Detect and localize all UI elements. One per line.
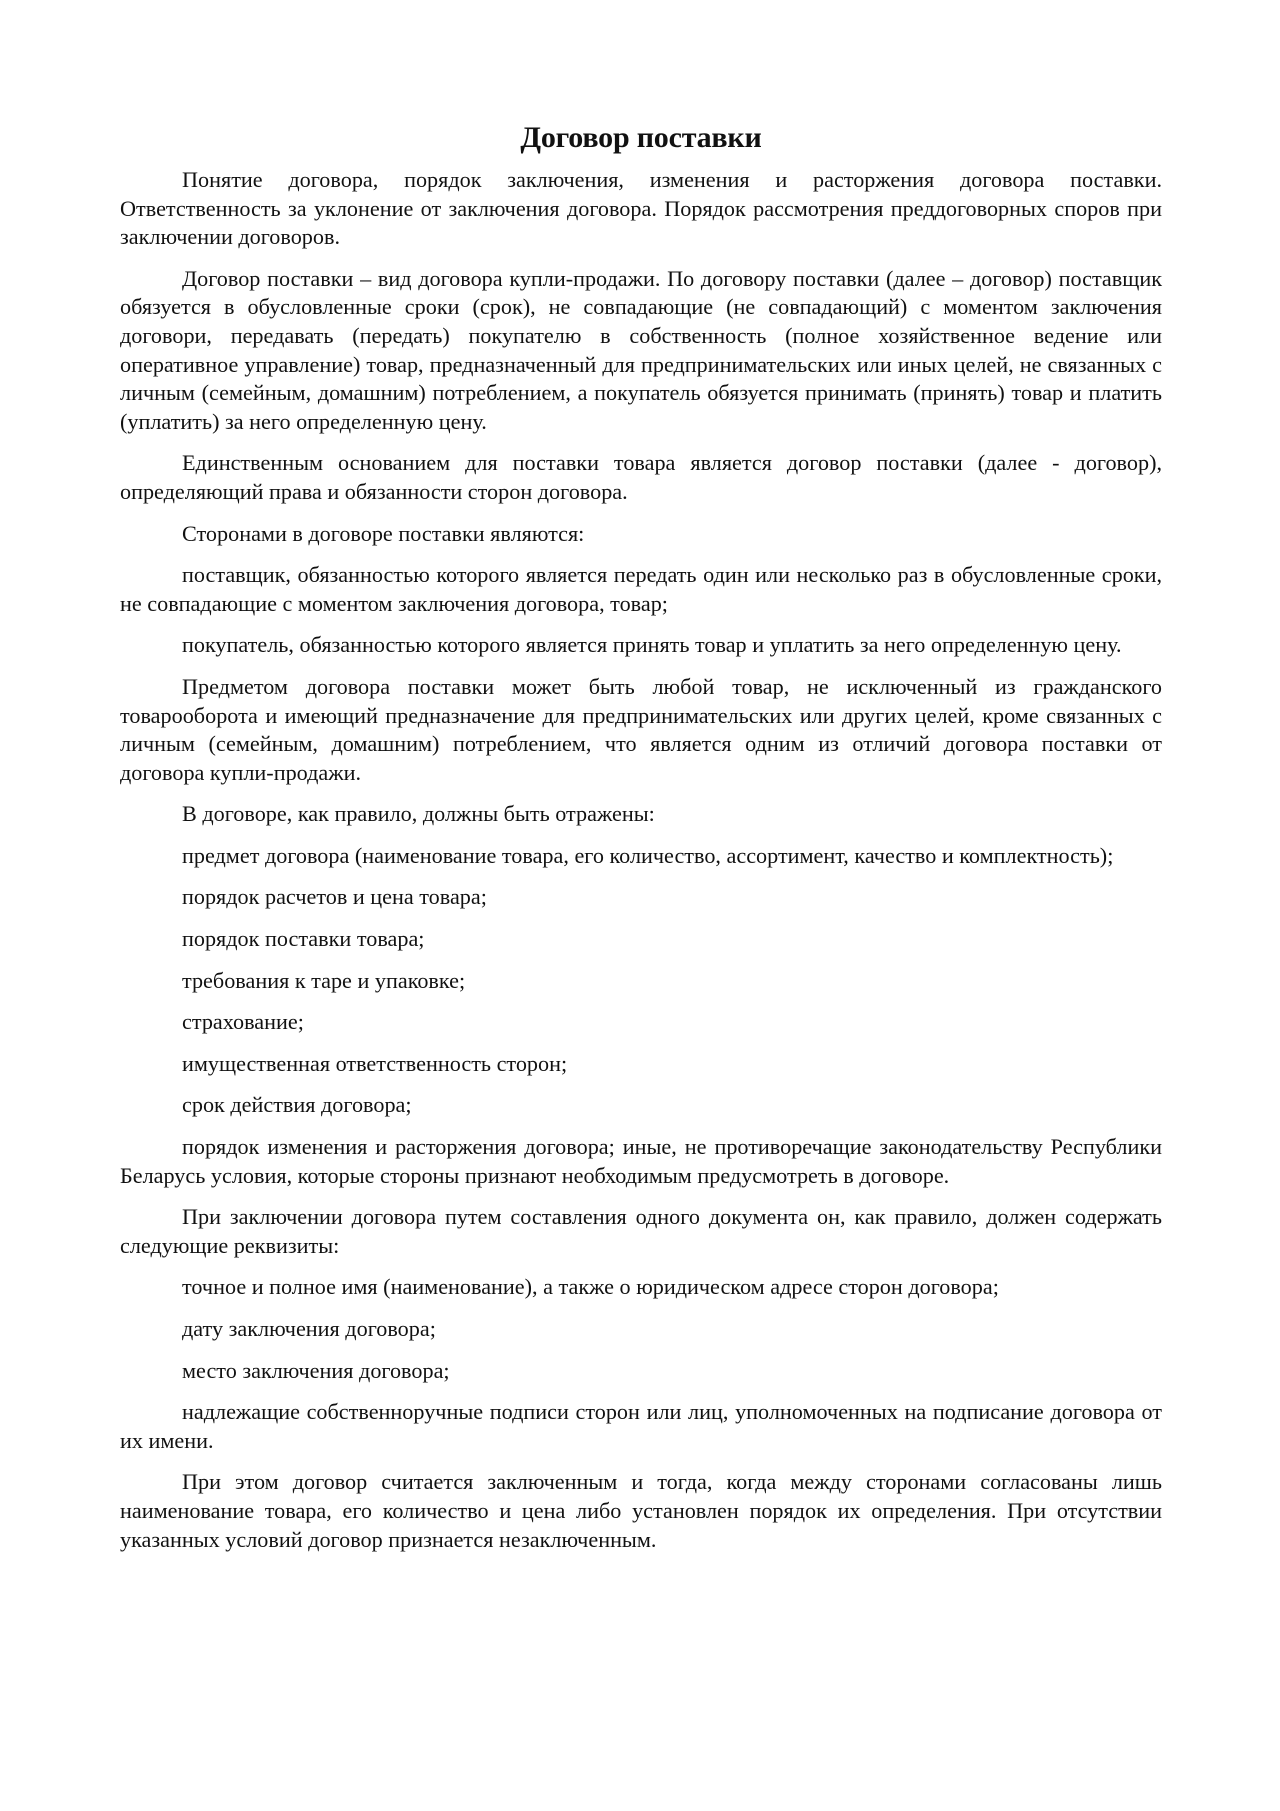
paragraph-buyer: покупатель, обязанностью которого являет… bbox=[120, 631, 1162, 660]
document-title: Договор поставки bbox=[120, 118, 1162, 158]
list-item-date: дату заключения договора; bbox=[120, 1315, 1162, 1344]
list-item-insurance: страхование; bbox=[120, 1008, 1162, 1037]
paragraph-terms-intro: В договоре, как правило, должны быть отр… bbox=[120, 800, 1162, 829]
list-item-liability: имущественная ответственность сторон; bbox=[120, 1050, 1162, 1079]
list-item-payment: порядок расчетов и цена товара; bbox=[120, 883, 1162, 912]
paragraph-basis: Единственным основанием для поставки тов… bbox=[120, 449, 1162, 506]
list-item-delivery: порядок поставки товара; bbox=[120, 925, 1162, 954]
paragraph-parties-intro: Сторонами в договоре поставки являются: bbox=[120, 520, 1162, 549]
paragraph-supplier: поставщик, обязанностью которого являетс… bbox=[120, 561, 1162, 618]
paragraph-concept: Понятие договора, порядок заключения, из… bbox=[120, 166, 1162, 252]
list-item-subject: предмет договора (наименование товара, е… bbox=[120, 842, 1162, 871]
list-item-place: место заключения договора; bbox=[120, 1357, 1162, 1386]
document-page: Договор поставки Понятие договора, поряд… bbox=[120, 118, 1162, 1567]
list-item-amendment: порядок изменения и расторжения договора… bbox=[120, 1133, 1162, 1190]
list-item-names: точное и полное имя (наименование), а та… bbox=[120, 1273, 1162, 1302]
paragraph-requisites-intro: При заключении договора путем составлени… bbox=[120, 1203, 1162, 1260]
list-item-signatures: надлежащие собственноручные подписи стор… bbox=[120, 1398, 1162, 1455]
list-item-packaging: требования к таре и упаковке; bbox=[120, 967, 1162, 996]
list-item-term: срок действия договора; bbox=[120, 1091, 1162, 1120]
paragraph-subject: Предметом договора поставки может быть л… bbox=[120, 673, 1162, 787]
paragraph-conclusion: При этом договор считается заключенным и… bbox=[120, 1468, 1162, 1554]
paragraph-definition: Договор поставки – вид договора купли-пр… bbox=[120, 265, 1162, 437]
